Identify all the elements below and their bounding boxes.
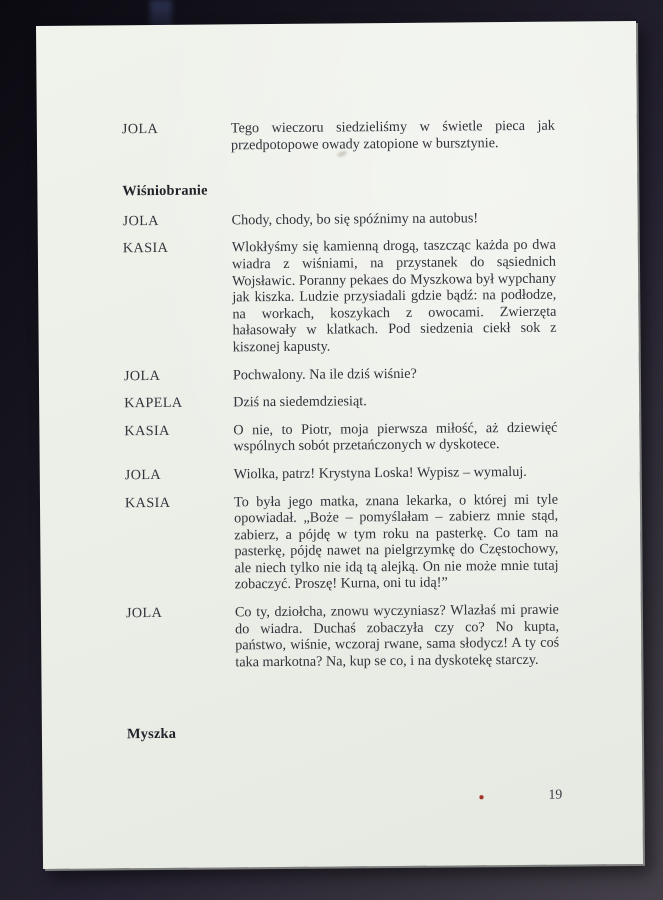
speaker-name: KASIA (123, 240, 233, 357)
red-dot-artifact (479, 795, 483, 799)
script-content: JOLA Tego wieczoru siedzieliśmy w świetl… (36, 21, 642, 744)
dialogue-block: JOLA Tego wieczoru siedzieliśmy w świetl… (122, 118, 555, 155)
speech-text: Pochwalony. Na ile dziś wiśnie? (233, 364, 557, 383)
speech-text: Wiolka, patrz! Krystyna Loska! Wypisz – … (234, 464, 558, 483)
dialogue-block: KAPELA Dziś na siedemdziesiąt. (124, 392, 557, 412)
speech-text: O nie, to Piotr, moja pierwsza miłość, a… (233, 419, 557, 455)
speaker-name: JOLA (124, 367, 233, 385)
dialogue-block: KASIA To była jego matka, znana lekarka,… (125, 491, 559, 594)
dialogue-block: JOLA Co ty, dziołcha, znowu wyczyniasz? … (126, 602, 560, 672)
scan-background: JOLA Tego wieczoru siedzieliśmy w świetl… (0, 0, 663, 900)
page-number: 19 (548, 787, 562, 803)
dialogue-block: KASIA Wlokłyśmy się kamienną drogą, tasz… (123, 237, 557, 357)
speech-text: To była jego matka, znana lekarka, o któ… (234, 491, 559, 593)
dialogue-block: JOLA Pochwalony. Na ile dziś wiśnie? (124, 364, 557, 384)
speaker-name: KAPELA (124, 394, 233, 412)
speech-text: Dziś na siedemdziesiąt. (233, 392, 557, 411)
speech-text: Co ty, dziołcha, znowu wyczyniasz? Wlazł… (235, 602, 560, 671)
speaker-name: KASIA (125, 494, 235, 594)
scene-heading-myszka: Myszka (127, 723, 560, 743)
document-page: JOLA Tego wieczoru siedzieliśmy w świetl… (36, 21, 643, 869)
speech-text: Tego wieczoru siedzieliśmy w świetle pie… (231, 118, 555, 154)
speech-text: Chody, chody, bo się spóźnimy na autobus… (232, 209, 556, 228)
dialogue-block: JOLA Wiolka, patrz! Krystyna Loska! Wypi… (125, 464, 558, 484)
speaker-name: KASIA (124, 422, 233, 456)
dialogue-block: KASIA O nie, to Piotr, moja pierwsza mił… (124, 419, 557, 456)
dialogue-block: JOLA Chody, chody, bo się spóźnimy na au… (123, 209, 556, 229)
speaker-name: JOLA (125, 466, 234, 484)
speaker-name: JOLA (122, 120, 231, 154)
speaker-name: JOLA (123, 212, 232, 230)
scene-heading-wisniobranie: Wiśniobranie (122, 180, 555, 200)
speech-text: Wlokłyśmy się kamienną drogą, taszcząc k… (232, 237, 557, 356)
speaker-name: JOLA (126, 604, 236, 671)
